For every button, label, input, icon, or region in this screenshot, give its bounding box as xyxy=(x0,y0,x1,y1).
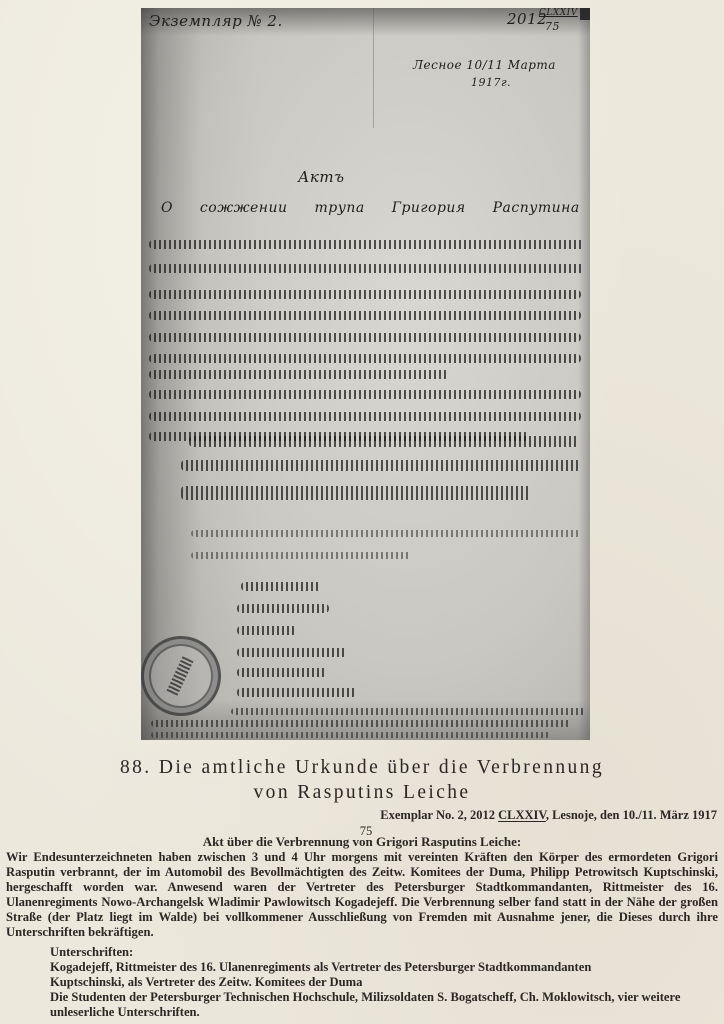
manuscript-photo: Экземпляр № 2. 2012 CLXXIV 75 Лесное 10/… xyxy=(141,8,590,740)
translation-heading: Akt über die Verbrennung von Grigori Ras… xyxy=(0,834,724,850)
handwriting-line xyxy=(149,333,581,342)
handwriting-line xyxy=(149,311,581,320)
handwriting-line xyxy=(151,720,571,727)
manuscript-denominator: 75 xyxy=(545,20,560,33)
signature xyxy=(237,626,297,635)
manuscript-title: Актъ xyxy=(298,168,345,186)
handwriting-line xyxy=(149,370,449,379)
handwriting-line xyxy=(149,354,581,363)
signature-kuptschinski xyxy=(181,486,531,500)
paper-edge-shadow xyxy=(578,8,590,740)
handwriting-line xyxy=(149,290,581,299)
handwriting-line xyxy=(231,708,586,715)
exemplar-prefix: Exemplar No. 2, 2012 xyxy=(380,808,498,822)
handwriting-line xyxy=(149,412,581,421)
seal-text xyxy=(167,656,194,696)
signature-representative xyxy=(189,436,579,447)
signature-representative xyxy=(181,460,581,471)
manuscript-roman-number: CLXXIV xyxy=(539,8,578,18)
manuscript-copy-number: Экземпляр № 2. xyxy=(149,12,283,30)
exemplar-roman-number: CLXXIV xyxy=(498,808,546,822)
handwriting-line xyxy=(149,264,584,273)
official-seal-stamp xyxy=(141,636,221,716)
figure-caption-line-2: von Rasputins Leiche xyxy=(0,782,724,804)
translation-body: Wir Endesunterzeichneten haben zwischen … xyxy=(6,850,718,941)
signature-entry: Die Studenten der Petersburger Technisch… xyxy=(50,990,720,1020)
manuscript-place-date: Лесное 10/11 Марта xyxy=(413,58,556,72)
exemplar-suffix: , Lesnoje, den 10./11. März 1917 xyxy=(546,808,717,822)
exemplar-line: Exemplar No. 2, 2012 CLXXIV, Lesnoje, de… xyxy=(380,808,717,823)
signature-entry: Kuptschinski, als Vertreter des Zeitw. K… xyxy=(50,975,720,990)
signature xyxy=(237,648,347,657)
signature-moklowitsch xyxy=(237,604,329,613)
signature xyxy=(237,668,327,677)
manuscript-year: 1917г. xyxy=(471,76,511,89)
handwriting-line xyxy=(151,732,551,738)
signatures-block: Unterschriften: Kogadejeff, Rittmeister … xyxy=(50,945,720,1020)
signature-bogatscheff xyxy=(241,582,321,591)
handwriting-students-line xyxy=(191,552,411,559)
paper-fold-line xyxy=(373,8,374,128)
signatures-heading: Unterschriften: xyxy=(50,945,720,960)
manuscript-subtitle: О сожжении трупа Григория Распутина xyxy=(161,200,580,216)
signature-entry: Kogadejeff, Rittmeister des 16. Ulanenre… xyxy=(50,960,720,975)
paper-corner xyxy=(580,8,590,20)
handwriting-line xyxy=(149,390,581,399)
signature xyxy=(237,688,357,697)
figure-caption-line-1: 88. Die amtliche Urkunde über die Verbre… xyxy=(0,757,724,779)
handwriting-students-line xyxy=(191,530,581,537)
handwriting-line xyxy=(149,240,584,249)
